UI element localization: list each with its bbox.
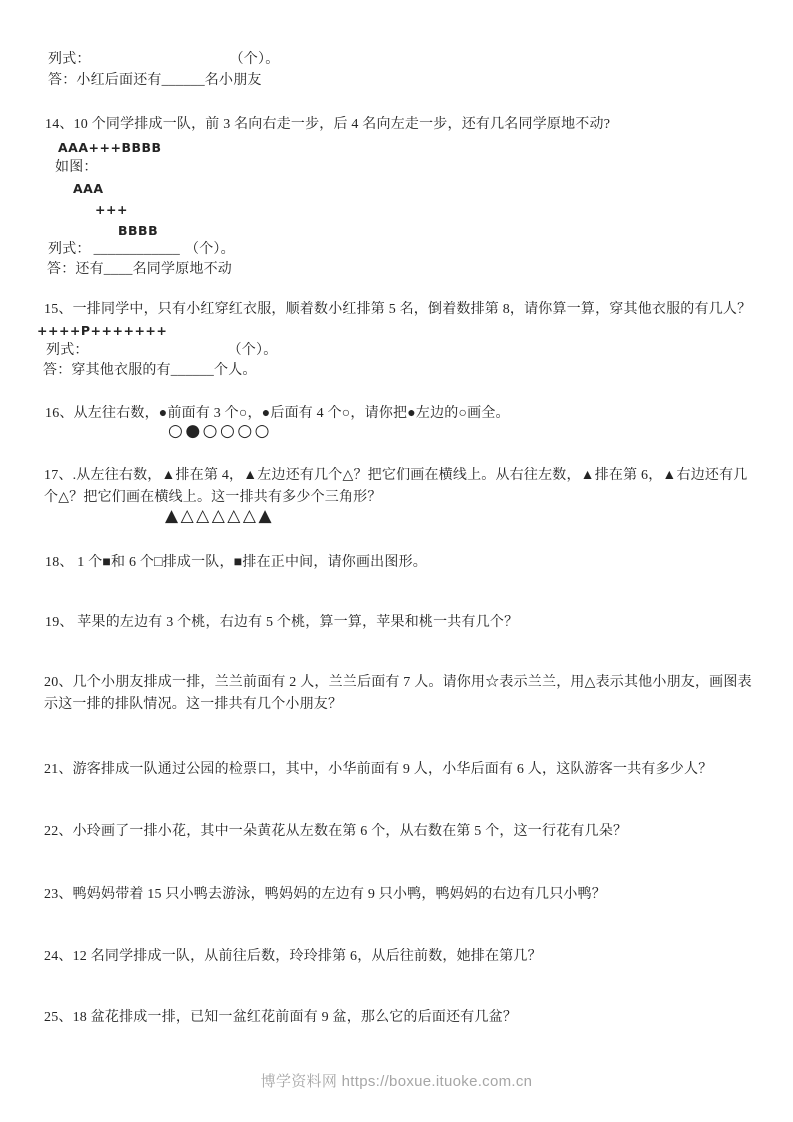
formula-line: 列式：（个）。 bbox=[46, 341, 277, 361]
formula-blank: ____________ bbox=[94, 242, 180, 257]
problem-17-text-line2: 个△？把它们画在横线上。这一排共有多少个三角形？ bbox=[44, 488, 382, 508]
problem-25-text: 25、18 盆花排成一排，已知一盆红花前面有 9 盆，那么它的后面还有几盆？ bbox=[44, 1008, 517, 1028]
problem-15-text: 15、一排同学中，只有小红穿红衣服，顺着数小红排第 5 名，倒着数排第 8，请你… bbox=[44, 300, 751, 320]
problem-19-text: 19、 苹果的左边有 3 个桃，右边有 5 个桃，算一算，苹果和桃一共有几个？ bbox=[45, 613, 518, 633]
answer-line: 答：小红后面还有______名小朋友 bbox=[48, 71, 262, 91]
worksheet-page: 列式：（个）。 答：小红后面还有______名小朋友 14、10 个同学排成一队… bbox=[0, 0, 793, 1122]
circle-row-diagram: ○●○○○○ bbox=[168, 421, 272, 441]
formula-label: 列式： bbox=[46, 343, 89, 358]
formula-label: 列式： bbox=[48, 242, 91, 257]
problem-15-diagram: ++++P+++++++ bbox=[37, 321, 167, 341]
problem-17-text-line1: 17、.从左往右数，▲排在第 4，▲左边还有几个△？把它们画在横线上。从右往左数… bbox=[44, 466, 748, 486]
problem-20-text-line2: 示这一排的排队情况。这一排共有几个小朋友？ bbox=[44, 695, 342, 715]
problem-14-text: 14、10 个同学排成一队，前 3 名向右走一步，后 4 名向左走一步，还有几名… bbox=[45, 115, 610, 135]
formula-unit: （个）。 bbox=[235, 343, 278, 358]
answer-line: 答：穿其他衣服的有______个人。 bbox=[43, 361, 257, 381]
figure-row: AAA bbox=[73, 179, 104, 199]
formula-line: 列式：（个）。 bbox=[48, 50, 279, 70]
problem-16-text: 16、从左往右数，●前面有 3 个○，●后面有 4 个○，请你把●左边的○画全。 bbox=[45, 404, 510, 424]
formula-line: 列式：____________（个）。 bbox=[48, 240, 235, 260]
problem-23-text: 23、鸭妈妈带着 15 只小鸭去游泳，鸭妈妈的左边有 9 只小鸭，鸭妈妈的右边有… bbox=[44, 885, 606, 905]
problem-22-text: 22、小玲画了一排小花，其中一朵黄花从左数在第 6 个，从右数在第 5 个，这一… bbox=[44, 822, 627, 842]
problem-18-text: 18、 1 个■和 6 个□排成一队，■排在正中间，请你画出图形。 bbox=[45, 553, 427, 573]
problem-14-figure-label: 如图： bbox=[55, 158, 98, 178]
problem-20-text-line1: 20、几个小朋友排成一排，兰兰前面有 2 人，兰兰后面有 7 人。请你用☆表示兰… bbox=[44, 673, 752, 693]
problem-21-text: 21、游客排成一队通过公园的检票口，其中，小华前面有 9 人，小华后面有 6 人… bbox=[44, 760, 712, 780]
triangle-row-diagram: ▲△△△△△▲ bbox=[165, 506, 274, 526]
figure-row: BBBB bbox=[118, 221, 158, 241]
problem-14-inline-diagram: AAA+++BBBB bbox=[58, 138, 162, 158]
formula-label: 列式： bbox=[48, 52, 91, 67]
site-watermark-text: 博学资料网 https://boxue.ituoke.com.cn bbox=[261, 1073, 533, 1090]
formula-unit: （个）。 bbox=[185, 242, 235, 257]
figure-row: +++ bbox=[95, 200, 128, 220]
page-footer: 博学资料网 https://boxue.ituoke.com.cn bbox=[0, 1072, 793, 1092]
answer-line: 答：还有____名同学原地不动 bbox=[47, 260, 232, 280]
problem-24-text: 24、12 名同学排成一队，从前往后数，玲玲排第 6，从后往前数，她排在第几？ bbox=[44, 947, 542, 967]
formula-unit: （个）。 bbox=[237, 52, 280, 67]
